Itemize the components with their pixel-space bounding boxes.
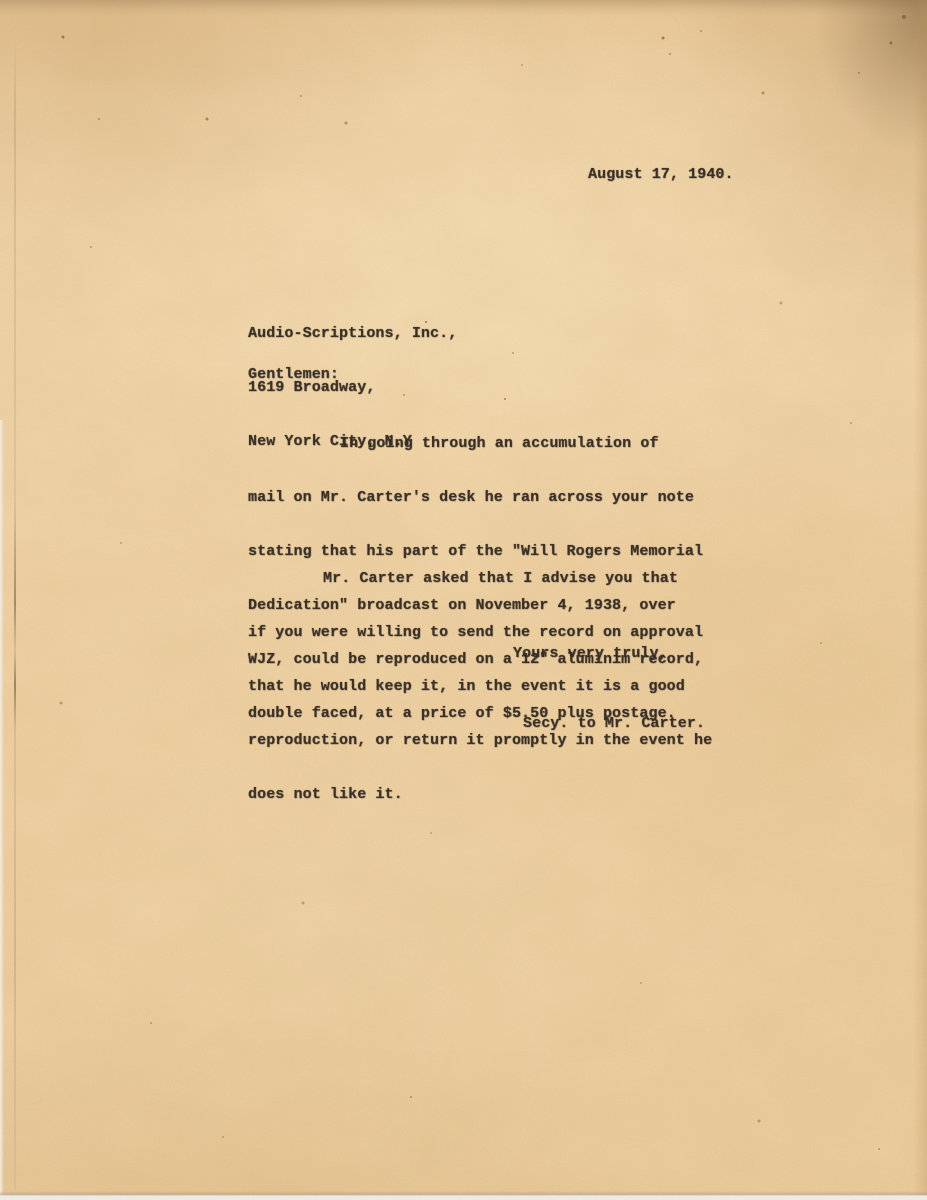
rust-specks: [0, 0, 2, 2]
salutation: Gentlemen:: [248, 365, 339, 385]
date-line: August 17, 1940.: [588, 165, 734, 185]
body-line: mail on Mr. Carter's desk he ran across …: [248, 488, 703, 508]
letter-scan-page: August 17, 1940. Audio-Scriptions, Inc.,…: [0, 0, 927, 1200]
top-right-corner-grime: [817, 0, 927, 150]
body-line: if you were willing to send the record o…: [248, 623, 712, 643]
bottom-scan-edge: [0, 1191, 927, 1200]
body-line: that he would keep it, in the event it i…: [248, 677, 712, 697]
body-line: does not like it.: [248, 785, 712, 805]
right-edge-shading: [913, 0, 927, 1200]
left-scan-edge: [0, 420, 4, 1200]
closing-line: Yours very truly,: [513, 644, 668, 664]
signature-line: Secy. to Mr. Carter.: [523, 714, 705, 734]
body-line: reproduction, or return it promptly in t…: [248, 731, 712, 751]
body-paragraph-2: Mr. Carter asked that I advise you that …: [248, 535, 712, 839]
top-edge-grime: [0, 0, 927, 16]
body-line: In going through an accumulation of: [248, 434, 703, 454]
vertical-fold-crease: [14, 40, 16, 1190]
body-line: Mr. Carter asked that I advise you that: [248, 569, 712, 589]
recipient-line: Audio-Scriptions, Inc.,: [248, 324, 457, 344]
